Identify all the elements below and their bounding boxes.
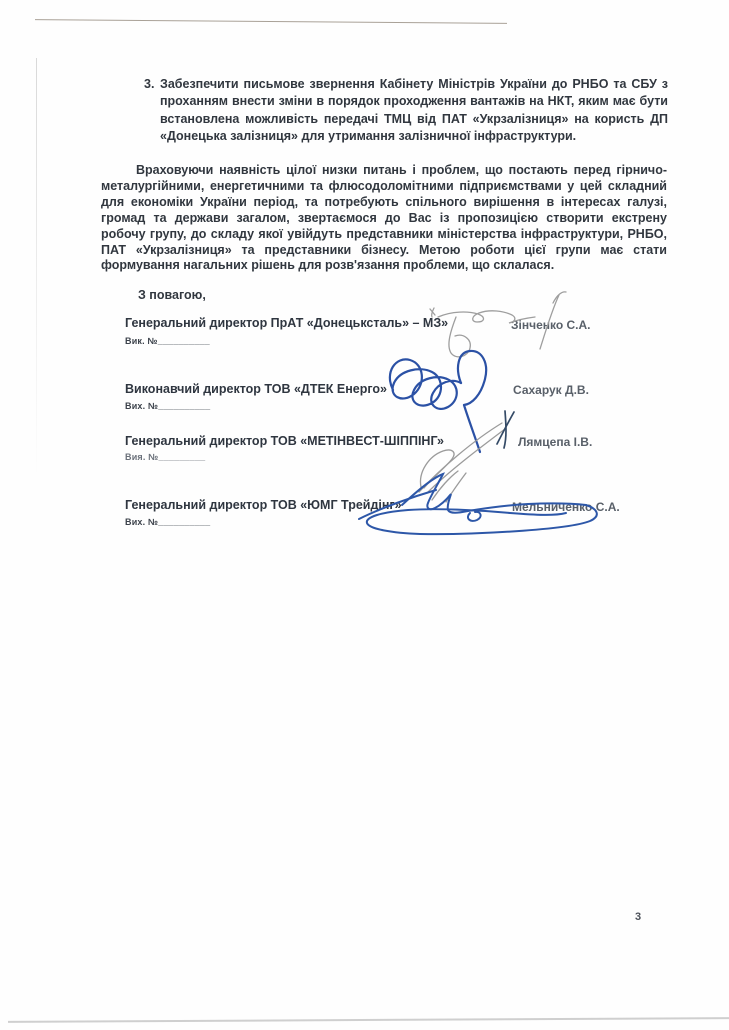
signatory-title-donetsksteel: Генеральний директор ПрАТ «Донецьксталь»… — [125, 316, 448, 330]
ref-number-line-4: Вих. №__________ — [125, 517, 210, 527]
signatory-title-dtek: Виконавчий директор ТОВ «ДТЕК Енерго» — [125, 382, 387, 396]
signature-liamtsepa-navy-stroke — [497, 411, 514, 448]
body-paragraph: Враховуючи наявність цілої низки питань … — [101, 163, 667, 274]
signatory-title-yumg: Генеральний директор ТОВ «ЮМГ Трейдінг» — [125, 498, 402, 512]
numbered-list-item: 3. Забезпечити письмове звернення Кабіне… — [144, 76, 668, 146]
signatory-name-melnychenko: Мельниченко С.А. — [512, 500, 620, 514]
closing-salutation: З повагою, — [138, 288, 206, 302]
list-item-text: Забезпечити письмове звернення Кабінету … — [160, 76, 668, 146]
ref-number-line-3: Вия. №_________ — [125, 452, 205, 462]
handwritten-signatures-layer — [0, 0, 729, 1030]
signatory-name-sakharuk: Сахарук Д.В. — [513, 383, 589, 397]
ref-number-line-1: Вик. №__________ — [125, 336, 210, 346]
list-item-number: 3. — [144, 76, 160, 146]
scan-artifact-bottom-line — [8, 1017, 729, 1023]
scan-artifact-top-line — [35, 19, 507, 24]
signatory-name-zinchenko: Зінченко С.А. — [511, 318, 591, 332]
ref-number-line-2: Вих. №__________ — [125, 401, 210, 411]
document-page: 3. Забезпечити письмове звернення Кабіне… — [0, 0, 729, 1030]
signatory-name-liamtsepa: Лямцепа І.В. — [518, 435, 592, 449]
scan-artifact-left-line — [36, 58, 37, 478]
page-number: 3 — [635, 911, 641, 923]
signatory-title-metinvest: Генеральний директор ТОВ «МЕТІНВЕСТ-ШІПП… — [125, 434, 444, 448]
